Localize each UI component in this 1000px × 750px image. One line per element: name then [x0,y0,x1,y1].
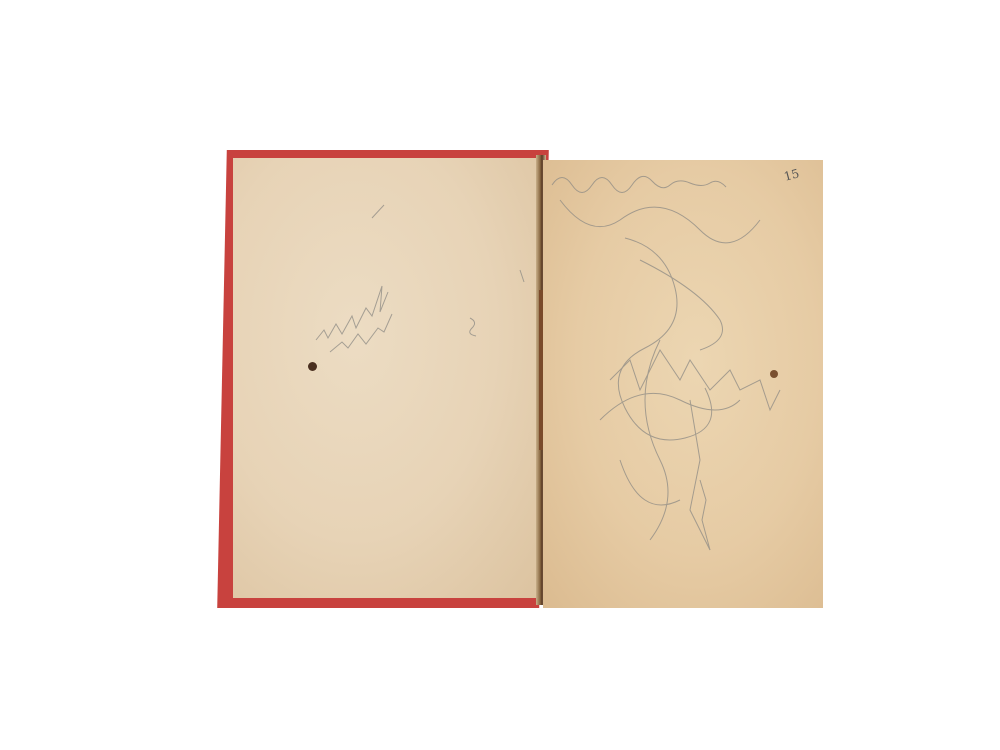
right-page [543,160,823,608]
ink-spot [308,362,317,371]
left-endpaper [233,158,537,598]
ink-spot [770,370,778,378]
